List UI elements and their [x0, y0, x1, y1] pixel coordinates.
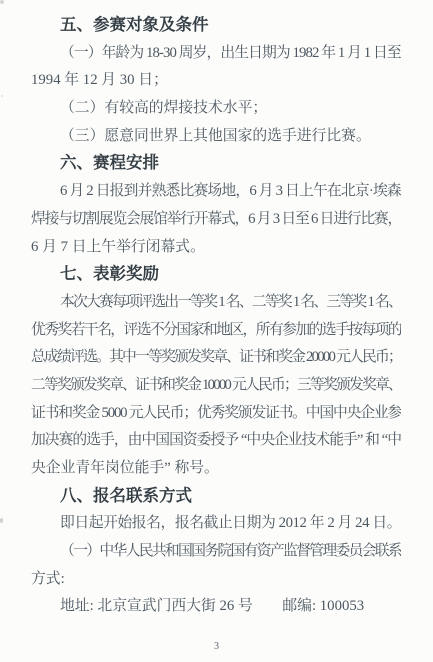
- text-line: （二）有较高的焊接技术水平；: [31, 95, 401, 123]
- text-line: 1994 年 12 月 30 日；: [31, 67, 401, 95]
- text-line: （一）中华人民共和国国务院国有资产监督管理委员会联系: [31, 538, 401, 566]
- paragraph: 地址: 北京宣武门西大街 26 号 邮编: 100053: [31, 593, 401, 621]
- text-line-content: 加决赛的选手，由中国国资委授予 “中央企业技术能手” 和 “中: [31, 432, 401, 448]
- scan-speck: [1, 95, 3, 97]
- paragraph: （二）有较高的焊接技术水平；: [31, 95, 401, 123]
- text-line-content: 二等奖颁发奖章、证书和奖金 10000 元人民币；三等奖颁发奖章、: [31, 377, 401, 393]
- text-line-content: （三）愿意同世界上其他国家的选手进行比赛。: [60, 128, 371, 144]
- paragraph: （一）中华人民共和国国务院国有资产监督管理委员会联系方式:: [31, 538, 401, 593]
- text-line: （三）愿意同世界上其他国家的选手进行比赛。: [31, 123, 401, 151]
- text-line: 二等奖颁发奖章、证书和奖金 10000 元人民币；三等奖颁发奖章、: [31, 372, 401, 400]
- text-line: 方式:: [31, 566, 401, 594]
- text-line-content: 地址: 北京宣武门西大街 26 号 邮编: 100053: [60, 598, 364, 614]
- text-line-content: 即日起开始报名，报名截止日期为 2012 年 2 月 24 日。: [60, 515, 401, 531]
- text-line-content: 6 月 2 日报到并熟悉比赛场地，6 月 3 日上午在北京·埃森: [60, 183, 401, 199]
- section-heading: 八、报名联系方式: [31, 483, 401, 511]
- paragraph: 即日起开始报名，报名截止日期为 2012 年 2 月 24 日。: [31, 510, 401, 538]
- text-line-content: （一）中华人民共和国国务院国有资产监督管理委员会联系: [60, 543, 401, 559]
- text-line-content: （二）有较高的焊接技术水平；: [60, 100, 267, 116]
- paragraph: （三）愿意同世界上其他国家的选手进行比赛。: [31, 123, 401, 151]
- text-line: 6 月 2 日报到并熟悉比赛场地，6 月 3 日上午在北京·埃森: [31, 178, 401, 206]
- section-heading: 七、表彰奖励: [31, 261, 401, 289]
- document-blocks: 五、参赛对象及条件（一）年龄为 18-30 周岁，出生日期为 1982 年 1 …: [0, 0, 433, 621]
- text-line-content: 方式:: [31, 571, 65, 587]
- text-line: 优秀奖若干名，评选不分国家和地区，所有参加的选手按每项的: [31, 317, 401, 345]
- text-line-content: 总成绩评选。其中一等奖颁发奖章、证书和奖金 20000 元人民币；: [31, 349, 401, 365]
- paragraph: （一）年龄为 18-30 周岁，出生日期为 1982 年 1 月 1 日至199…: [31, 40, 401, 95]
- text-line-content: 6 月 7 日上午举行闭幕式。: [31, 239, 205, 255]
- text-line: 加决赛的选手，由中国国资委授予 “中央企业技术能手” 和 “中: [31, 427, 401, 455]
- text-line-content: 本次大赛每项评选出一等奖 1 名、二等奖 1 名、三等奖 1 名、: [60, 294, 401, 310]
- scan-speck: [0, 0, 4, 4]
- paragraph: 6 月 2 日报到并熟悉比赛场地，6 月 3 日上午在北京·埃森焊接与切割展览会…: [31, 178, 401, 261]
- text-line: 地址: 北京宣武门西大街 26 号 邮编: 100053: [31, 593, 401, 621]
- section-heading: 六、赛程安排: [31, 150, 401, 178]
- text-line-content: 证书和奖金 5000 元人民币；优秀奖颁发证书。中国中央企业参: [31, 405, 401, 421]
- text-line-content: 央企业青年岗位能手” 称号。: [31, 460, 219, 476]
- page-number: 3: [0, 633, 433, 661]
- text-line-content: 焊接与切割展览会展馆举行开幕式，6 月 3 日至 6 日进行比赛，: [31, 211, 401, 227]
- paragraph: 本次大赛每项评选出一等奖 1 名、二等奖 1 名、三等奖 1 名、优秀奖若干名，…: [31, 289, 401, 483]
- text-line: 焊接与切割展览会展馆举行开幕式，6 月 3 日至 6 日进行比赛，: [31, 206, 401, 234]
- scan-speck: [0, 518, 3, 523]
- text-line: 6 月 7 日上午举行闭幕式。: [31, 234, 401, 262]
- text-line: 本次大赛每项评选出一等奖 1 名、二等奖 1 名、三等奖 1 名、: [31, 289, 401, 317]
- text-line-content: （一）年龄为 18-30 周岁，出生日期为 1982 年 1 月 1 日至: [60, 45, 401, 61]
- text-line-content: 1994 年 12 月 30 日；: [31, 72, 168, 88]
- text-line-content: 优秀奖若干名，评选不分国家和地区，所有参加的选手按每项的: [31, 322, 401, 338]
- text-line: （一）年龄为 18-30 周岁，出生日期为 1982 年 1 月 1 日至: [31, 40, 401, 68]
- text-line: 央企业青年岗位能手” 称号。: [31, 455, 401, 483]
- text-line: 即日起开始报名，报名截止日期为 2012 年 2 月 24 日。: [31, 510, 401, 538]
- text-line: 证书和奖金 5000 元人民币；优秀奖颁发证书。中国中央企业参: [31, 400, 401, 428]
- section-heading: 五、参赛对象及条件: [31, 12, 401, 40]
- document-page: 五、参赛对象及条件（一）年龄为 18-30 周岁，出生日期为 1982 年 1 …: [0, 0, 433, 662]
- text-line: 总成绩评选。其中一等奖颁发奖章、证书和奖金 20000 元人民币；: [31, 344, 401, 372]
